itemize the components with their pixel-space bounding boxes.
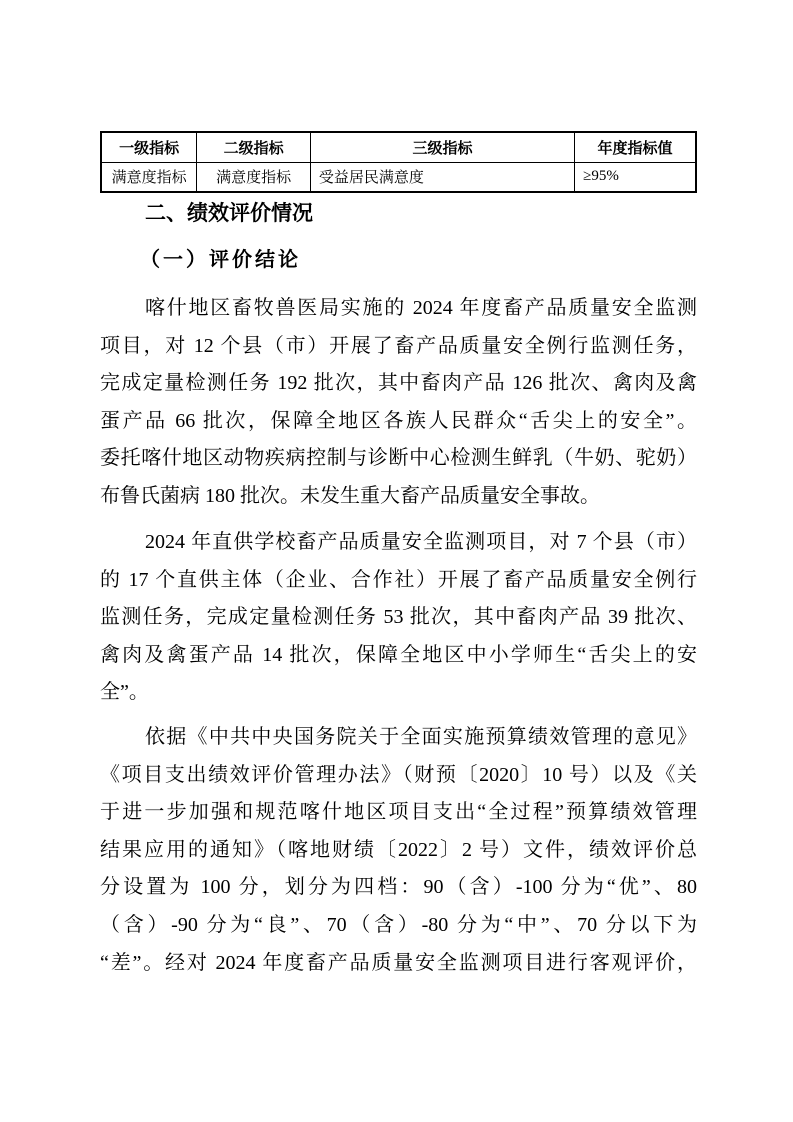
cell-annual-target: ≥95%: [575, 162, 696, 192]
paragraph-line: 《项目支出绩效评价管理办法》（财预〔2020〕10 号）以及《关: [100, 757, 697, 795]
header-level1-indicator: 一级指标: [101, 132, 197, 162]
header-level2-indicator: 二级指标: [197, 132, 311, 162]
paragraph-routine-monitoring: 喀什地区畜牧兽医局实施的 2024 年度畜产品质量安全监测 项目，对 12 个县…: [100, 290, 697, 516]
paragraph-line: 分设置为 100 分，划分为四档：90（含）-100 分为“优”、80: [100, 869, 697, 907]
paragraph-line: 监测任务，完成定量检测任务 53 批次，其中畜肉产品 39 批次、: [100, 599, 697, 637]
paragraph-line: 的 17 个直供主体（企业、合作社）开展了畜产品质量安全例行: [100, 562, 697, 600]
header-annual-target: 年度指标值: [575, 132, 696, 162]
cell-level2-indicator: 满意度指标: [197, 162, 311, 192]
paragraph-line: 全”。: [100, 674, 697, 712]
section-heading: 二、绩效评价情况: [145, 201, 313, 227]
document-page: 一级指标 二级指标 三级指标 年度指标值 满意度指标 满意度指标 受益居民满意度…: [0, 0, 793, 1122]
paragraph-line: 2024 年直供学校畜产品质量安全监测项目，对 7 个县（市）: [100, 524, 697, 562]
paragraph-line: 喀什地区畜牧兽医局实施的 2024 年度畜产品质量安全监测: [100, 290, 697, 328]
paragraph-line: “差”。经对 2024 年度畜产品质量安全监测项目进行客观评价，: [100, 945, 697, 983]
paragraph-line: 禽肉及禽蛋产品 14 批次，保障全地区中小学师生“舌尖上的安: [100, 637, 697, 675]
paragraph-line: 依据《中共中央国务院关于全面实施预算绩效管理的意见》: [100, 719, 697, 757]
paragraph-school-supply-monitoring: 2024 年直供学校畜产品质量安全监测项目，对 7 个县（市） 的 17 个直供…: [100, 524, 697, 712]
paragraph-line: 于进一步加强和规范喀什地区项目支出“全过程”预算绩效管理: [100, 794, 697, 832]
paragraph-line: 委托喀什地区动物疾病控制与诊断中心检测生鲜乳（牛奶、驼奶）: [100, 440, 697, 478]
header-level3-indicator: 三级指标: [310, 132, 574, 162]
cell-level1-indicator: 满意度指标: [101, 162, 197, 192]
paragraph-line: （含）-90 分为“良”、70（含）-80 分为“中”、70 分以下为: [100, 907, 697, 945]
paragraph-line: 完成定量检测任务 192 批次，其中畜肉产品 126 批次、禽肉及禽: [100, 365, 697, 403]
paragraph-evaluation-basis: 依据《中共中央国务院关于全面实施预算绩效管理的意见》 《项目支出绩效评价管理办法…: [100, 719, 697, 982]
table-row: 满意度指标 满意度指标 受益居民满意度 ≥95%: [101, 162, 696, 192]
paragraph-line: 蛋产品 66 批次，保障全地区各族人民群众“舌尖上的安全”。: [100, 403, 697, 441]
paragraph-line: 项目，对 12 个县（市）开展了畜产品质量安全例行监测任务，: [100, 328, 697, 366]
indicator-table-header-row: 一级指标 二级指标 三级指标 年度指标值: [101, 132, 696, 162]
subsection-heading: （一）评价结论: [140, 247, 301, 273]
paragraph-line: 布鲁氏菌病 180 批次。未发生重大畜产品质量安全事故。: [100, 478, 697, 516]
paragraph-line: 结果应用的通知》（喀地财绩〔2022〕2 号）文件，绩效评价总: [100, 832, 697, 870]
cell-level3-indicator: 受益居民满意度: [310, 162, 574, 192]
indicator-table: 一级指标 二级指标 三级指标 年度指标值 满意度指标 满意度指标 受益居民满意度…: [100, 131, 697, 193]
